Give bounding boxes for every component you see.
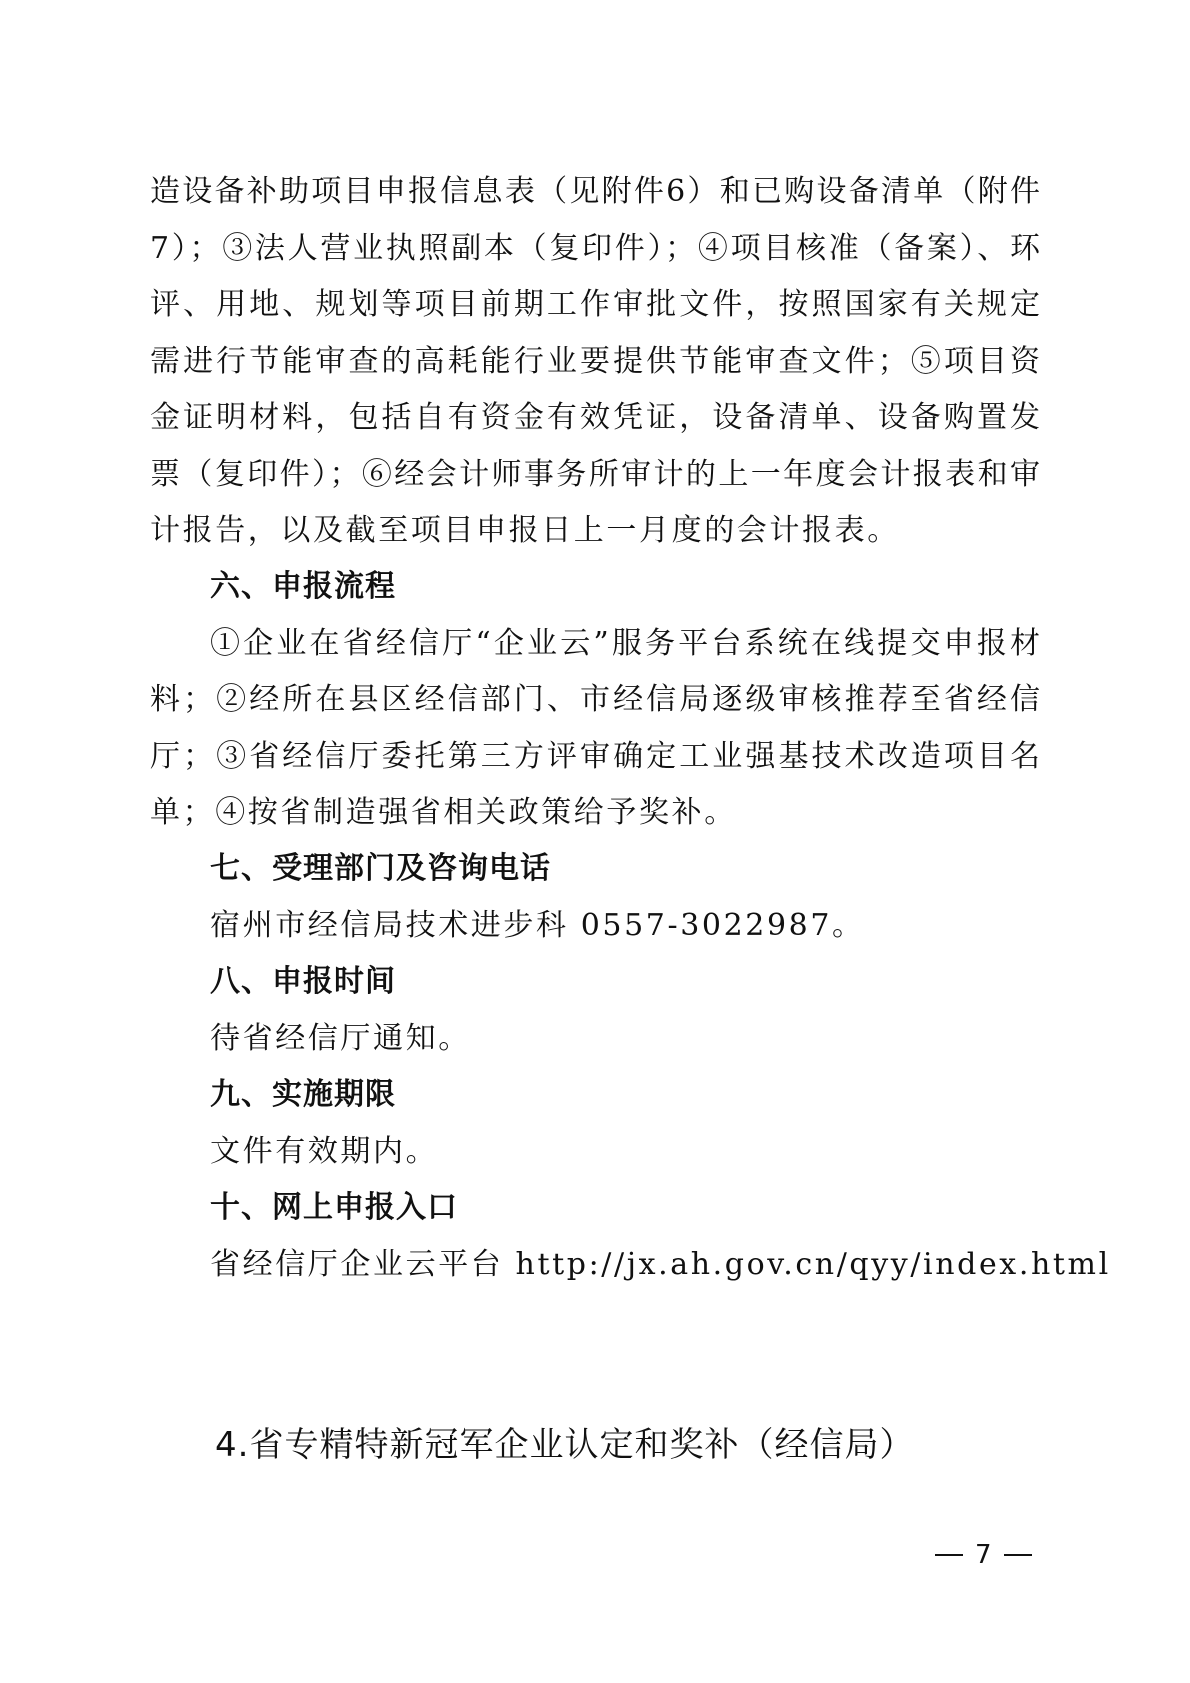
section-heading-implementation-period: 九、实施期限 [210, 1075, 396, 1115]
document-page: 造设备补助项目申报信息表（见附件6）和已购设备清单（附件 7）；③法人营业执照副… [0, 0, 1190, 1683]
section-heading-online-portal: 十、网上申报入口 [210, 1188, 458, 1228]
dash-left-icon [935, 1554, 963, 1556]
body-line: 评、用地、规划等项目前期工作审批文件，按照国家有关规定 [150, 285, 1040, 325]
section-heading-contact: 七、受理部门及咨询电话 [210, 849, 551, 889]
body-line: 文件有效期内。 [210, 1132, 1040, 1172]
contact-line: 宿州市经信局技术进步科 0557-3022987。 [210, 906, 1040, 946]
next-item-title: 4.省专精特新冠军企业认定和奖补（经信局） [215, 1422, 914, 1468]
body-line: 单；④按省制造强省相关政策给予奖补。 [150, 793, 1040, 833]
body-line: ①企业在省经信厅“企业云”服务平台系统在线提交申报材 [210, 624, 1040, 664]
page-number: 7 [935, 1540, 1032, 1570]
section-heading-application-process: 六、申报流程 [210, 567, 396, 607]
portal-link-line[interactable]: 省经信厅企业云平台 http://jx.ah.gov.cn/qyy/index.… [210, 1245, 1040, 1285]
page-number-value: 7 [975, 1540, 992, 1570]
body-line: 厅；③省经信厅委托第三方评审确定工业强基技术改造项目名 [150, 737, 1040, 777]
section-heading-application-time: 八、申报时间 [210, 962, 396, 1002]
body-line: 金证明材料，包括自有资金有效凭证，设备清单、设备购置发 [150, 398, 1040, 438]
body-line: 需进行节能审查的高耗能行业要提供节能审查文件；⑤项目资 [150, 342, 1040, 382]
body-line: 待省经信厅通知。 [210, 1019, 1040, 1059]
body-line: 计报告，以及截至项目申报日上一月度的会计报表。 [150, 511, 1040, 551]
body-line: 料；②经所在县区经信部门、市经信局逐级审核推荐至省经信 [150, 680, 1040, 720]
body-line: 票（复印件）；⑥经会计师事务所审计的上一年度会计报表和审 [150, 455, 1040, 495]
body-line: 造设备补助项目申报信息表（见附件6）和已购设备清单（附件 [150, 172, 1040, 212]
body-line: 7）；③法人营业执照副本（复印件）；④项目核准（备案）、环 [150, 229, 1040, 269]
dash-right-icon [1004, 1554, 1032, 1556]
